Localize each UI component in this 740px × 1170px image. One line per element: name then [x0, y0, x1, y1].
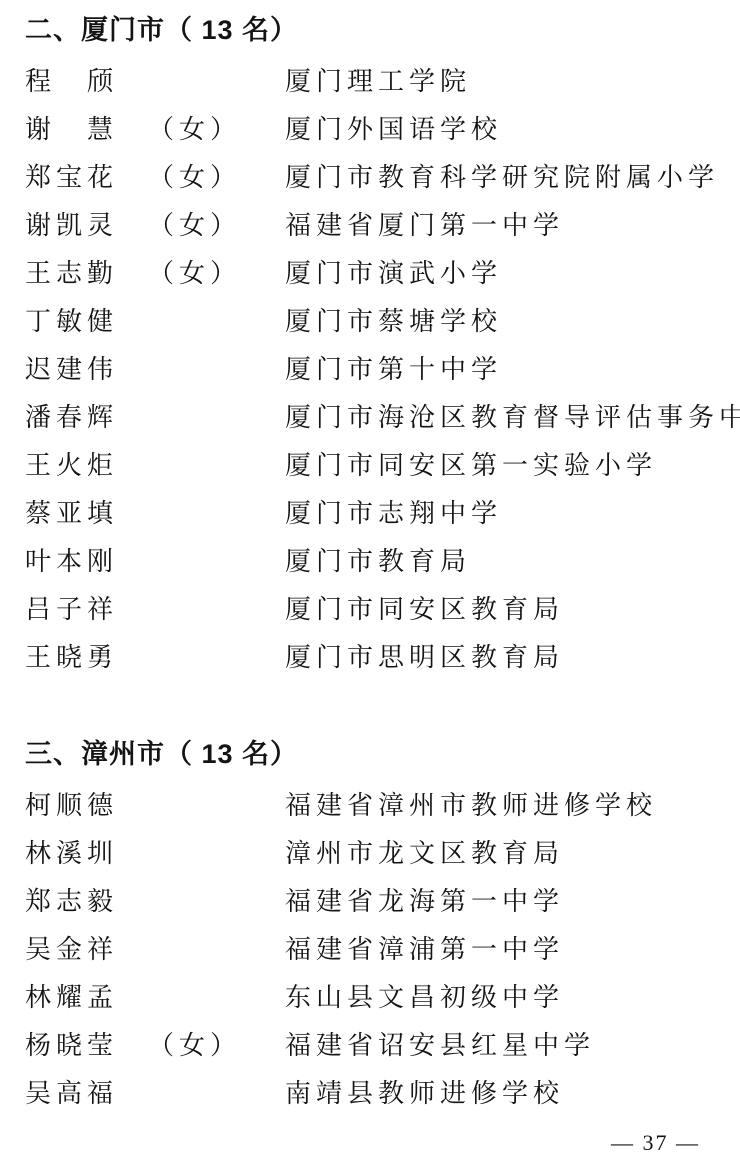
person-institution: 厦门市演武小学 [285, 258, 722, 290]
person-name: 杨晓莹 [25, 1030, 148, 1062]
person-institution: 厦门市教育局 [285, 546, 722, 578]
person-row: 郑宝花 （女） 厦门市教育科学研究院附属小学 [25, 154, 722, 202]
person-gender: （女） [148, 210, 285, 242]
person-institution: 厦门理工学院 [285, 66, 722, 98]
person-name: 谢凯灵 [25, 210, 148, 242]
person-name: 王晓勇 [25, 642, 148, 674]
person-institution: 厦门市同安区第一实验小学 [285, 450, 722, 482]
person-name: 王火炬 [25, 450, 148, 482]
person-institution: 漳州市龙文区教育局 [285, 838, 722, 870]
person-institution: 福建省龙海第一中学 [285, 886, 722, 918]
page-footer: — 37 — [611, 1130, 700, 1156]
person-name: 郑宝花 [25, 162, 148, 194]
person-name: 吴高福 [25, 1078, 148, 1110]
person-institution: 厦门市蔡塘学校 [285, 306, 722, 338]
section-xiamen-heading: 二、厦门市（ 13 名） [25, 14, 722, 47]
person-institution: 南靖县教师进修学校 [285, 1078, 722, 1110]
person-row: 吕子祥 厦门市同安区教育局 [25, 586, 722, 634]
person-row: 王火炬 厦门市同安区第一实验小学 [25, 442, 722, 490]
person-institution: 福建省漳浦第一中学 [285, 934, 722, 966]
person-name: 林耀孟 [25, 982, 148, 1014]
section-zhangzhou-heading: 三、漳州市（ 13 名） [25, 738, 722, 771]
person-name: 林溪圳 [25, 838, 148, 870]
person-institution: 厦门市志翔中学 [285, 498, 722, 530]
person-row: 蔡亚填 厦门市志翔中学 [25, 490, 722, 538]
person-row: 丁敏健 厦门市蔡塘学校 [25, 298, 722, 346]
person-institution: 福建省诏安县红星中学 [285, 1030, 722, 1062]
person-name: 谢 慧 [25, 114, 148, 146]
person-name: 郑志毅 [25, 886, 148, 918]
person-gender: （女） [148, 162, 285, 194]
person-name: 叶本刚 [25, 546, 148, 578]
person-institution: 东山县文昌初级中学 [285, 982, 722, 1014]
person-row: 迟建伟 厦门市第十中学 [25, 346, 722, 394]
person-row: 王志勤 （女） 厦门市演武小学 [25, 250, 722, 298]
section-xiamen-rows: 程 颀 厦门理工学院 谢 慧 （女） 厦门外国语学校 郑宝花 （女） 厦门市教育… [25, 58, 722, 682]
person-name: 丁敏健 [25, 306, 148, 338]
person-row: 叶本刚 厦门市教育局 [25, 538, 722, 586]
person-row: 程 颀 厦门理工学院 [25, 58, 722, 106]
person-name: 吕子祥 [25, 594, 148, 626]
person-row: 林溪圳 漳州市龙文区教育局 [25, 830, 722, 878]
person-name: 程 颀 [25, 66, 148, 98]
person-institution: 厦门市海沧区教育督导评估事务中心 [285, 402, 740, 434]
person-row: 王晓勇 厦门市思明区教育局 [25, 634, 722, 682]
person-institution: 福建省厦门第一中学 [285, 210, 722, 242]
page-number: — 37 — [611, 1130, 700, 1155]
person-institution: 厦门外国语学校 [285, 114, 722, 146]
person-row: 吴金祥 福建省漳浦第一中学 [25, 926, 722, 974]
person-institution: 厦门市思明区教育局 [285, 642, 722, 674]
section-xiamen: 二、厦门市（ 13 名） 程 颀 厦门理工学院 谢 慧 （女） 厦门外国语学校 … [25, 14, 722, 682]
person-gender: （女） [148, 258, 285, 290]
person-row: 潘春辉 厦门市海沧区教育督导评估事务中心 [25, 394, 722, 442]
person-institution: 厦门市同安区教育局 [285, 594, 722, 626]
section-zhangzhou-rows: 柯顺德 福建省漳州市教师进修学校 林溪圳 漳州市龙文区教育局 郑志毅 福建省龙海… [25, 782, 722, 1118]
person-row: 谢凯灵 （女） 福建省厦门第一中学 [25, 202, 722, 250]
person-row: 吴高福 南靖县教师进修学校 [25, 1070, 722, 1118]
person-institution: 厦门市教育科学研究院附属小学 [285, 162, 722, 194]
person-row: 柯顺德 福建省漳州市教师进修学校 [25, 782, 722, 830]
document-page: 二、厦门市（ 13 名） 程 颀 厦门理工学院 谢 慧 （女） 厦门外国语学校 … [0, 0, 740, 1170]
person-name: 吴金祥 [25, 934, 148, 966]
section-zhangzhou: 三、漳州市（ 13 名） 柯顺德 福建省漳州市教师进修学校 林溪圳 漳州市龙文区… [25, 738, 722, 1118]
person-name: 迟建伟 [25, 354, 148, 386]
person-row: 谢 慧 （女） 厦门外国语学校 [25, 106, 722, 154]
person-row: 杨晓莹 （女） 福建省诏安县红星中学 [25, 1022, 722, 1070]
person-name: 蔡亚填 [25, 498, 148, 530]
person-row: 郑志毅 福建省龙海第一中学 [25, 878, 722, 926]
person-name: 潘春辉 [25, 402, 148, 434]
person-row: 林耀孟 东山县文昌初级中学 [25, 974, 722, 1022]
person-name: 柯顺德 [25, 790, 148, 822]
person-gender: （女） [148, 1030, 285, 1062]
person-institution: 福建省漳州市教师进修学校 [285, 790, 722, 822]
person-gender: （女） [148, 114, 285, 146]
person-name: 王志勤 [25, 258, 148, 290]
person-institution: 厦门市第十中学 [285, 354, 722, 386]
